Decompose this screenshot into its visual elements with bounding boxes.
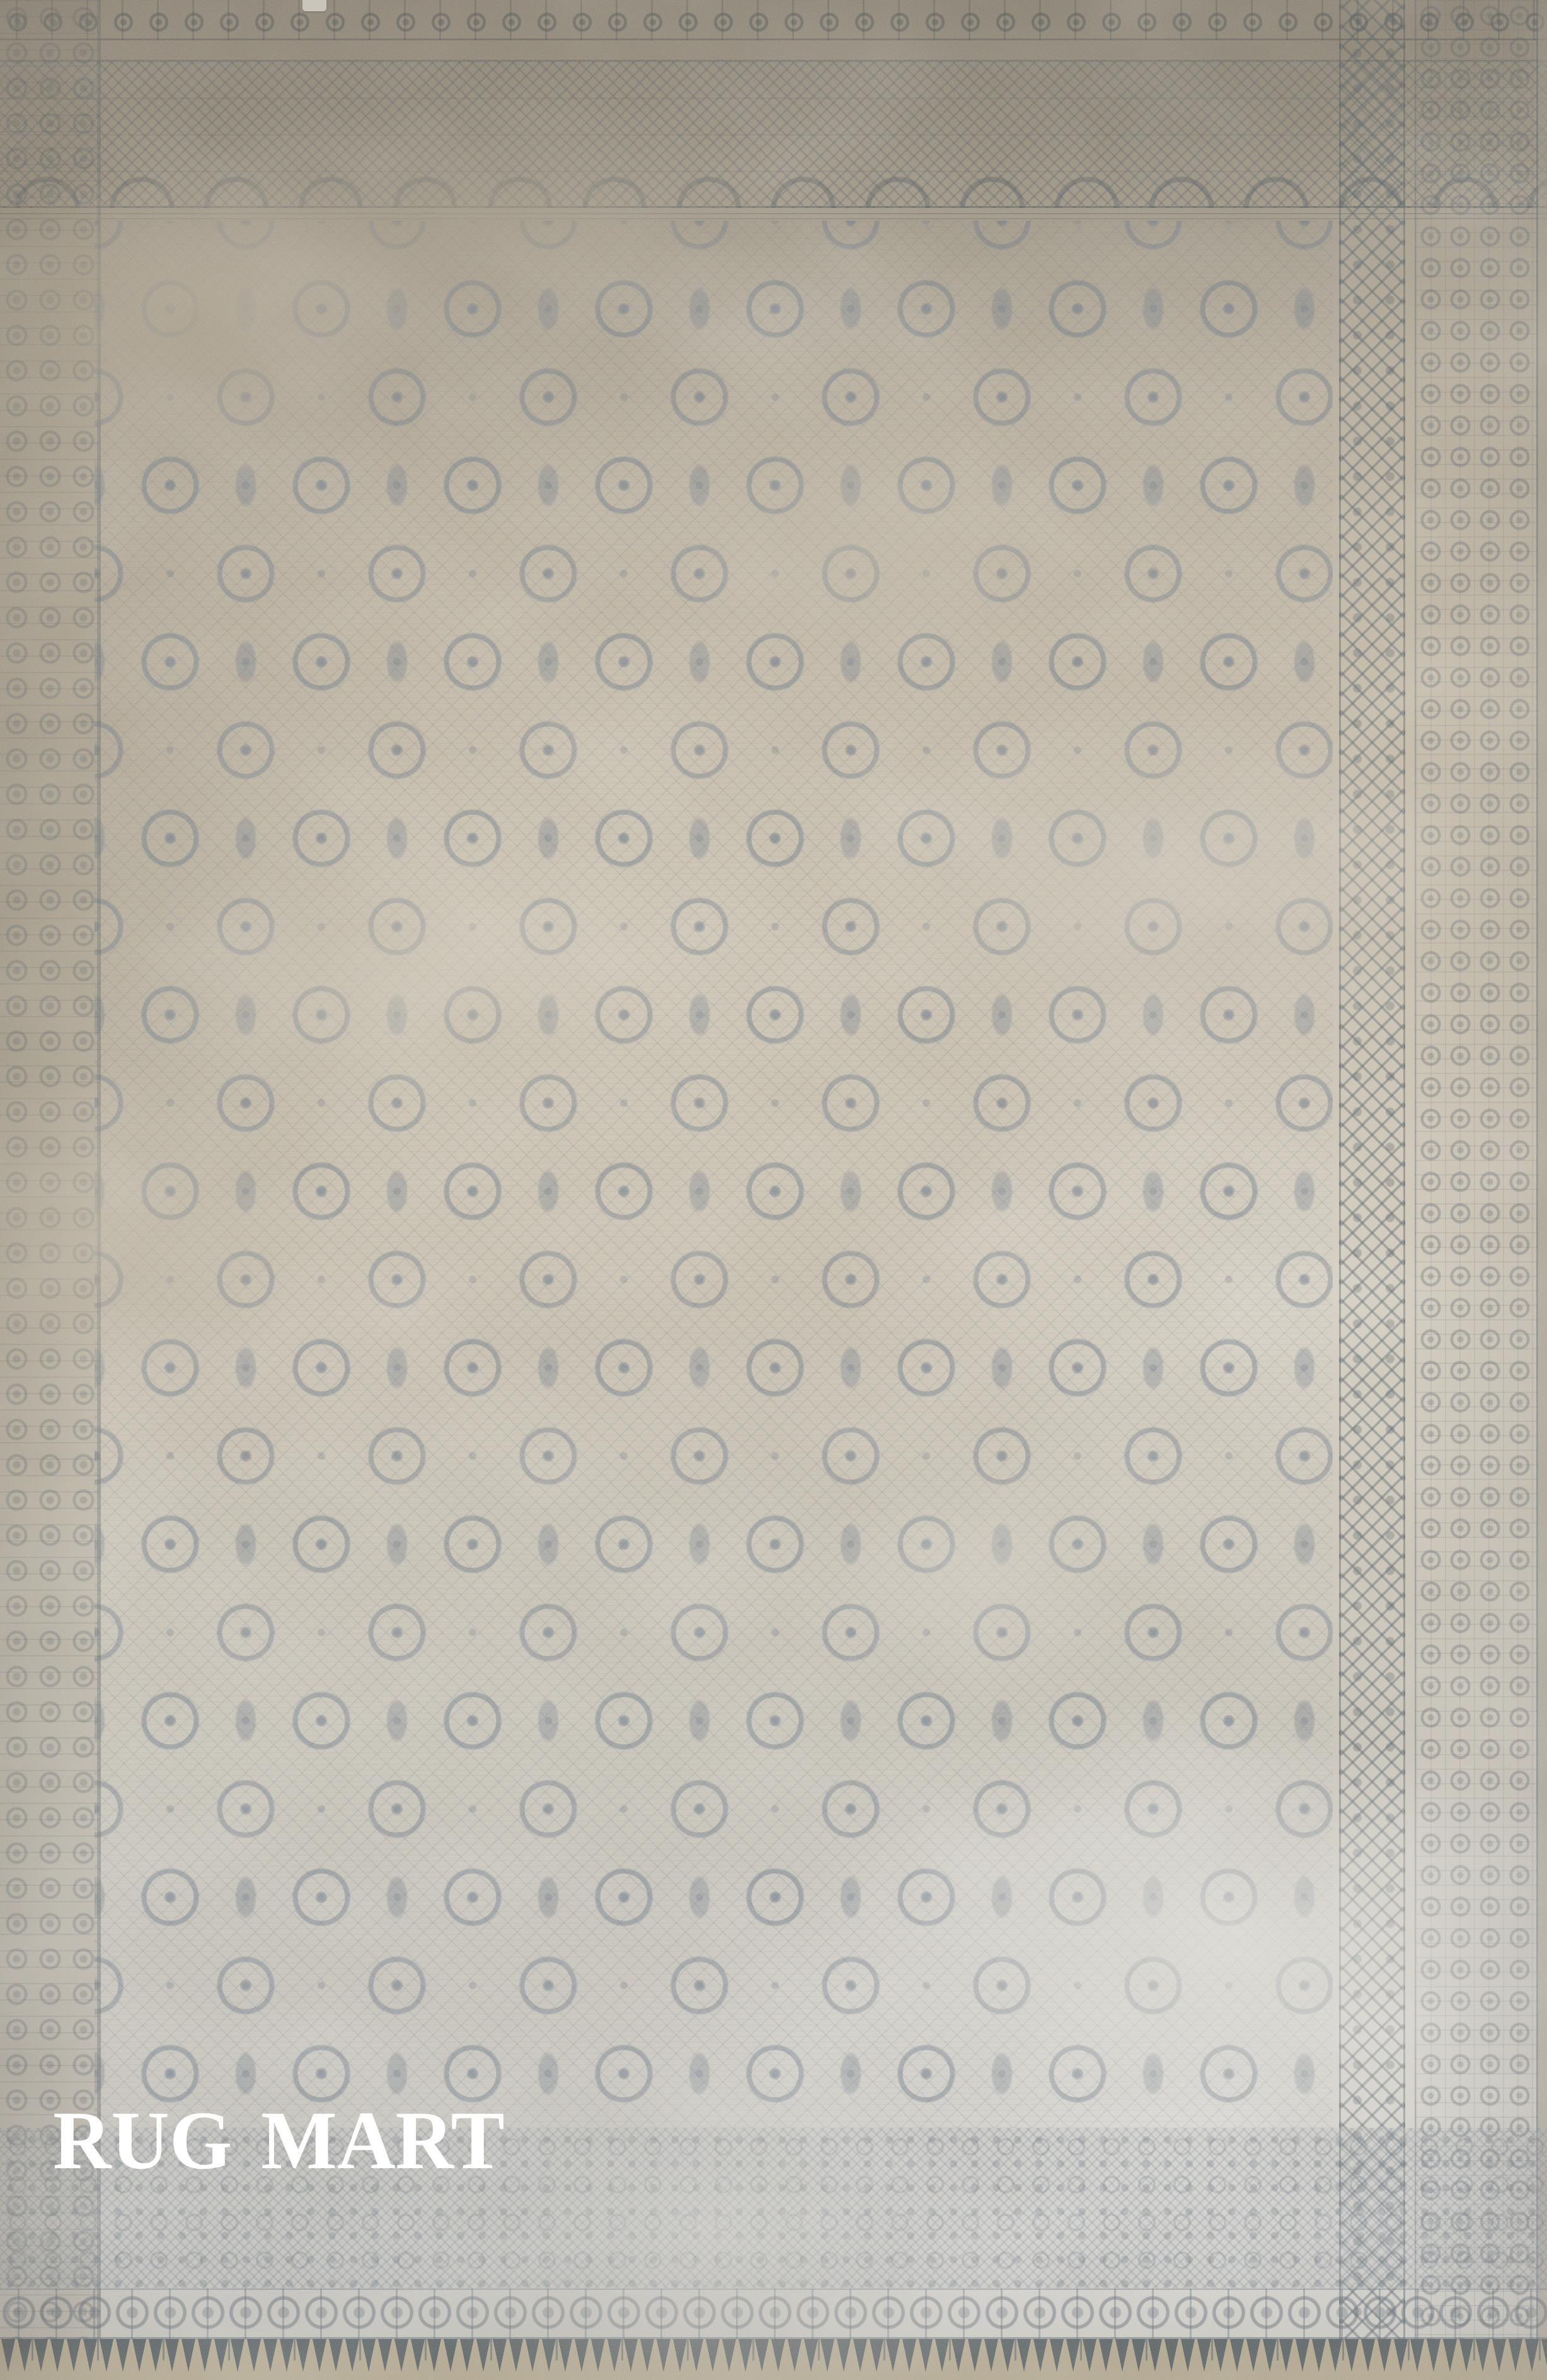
hanging-tag	[302, 0, 326, 11]
photo-grain-overlay	[0, 0, 1547, 2380]
watermark-text: RUG MART	[53, 2099, 505, 2182]
rug-photo: RUG MART	[0, 0, 1547, 2380]
